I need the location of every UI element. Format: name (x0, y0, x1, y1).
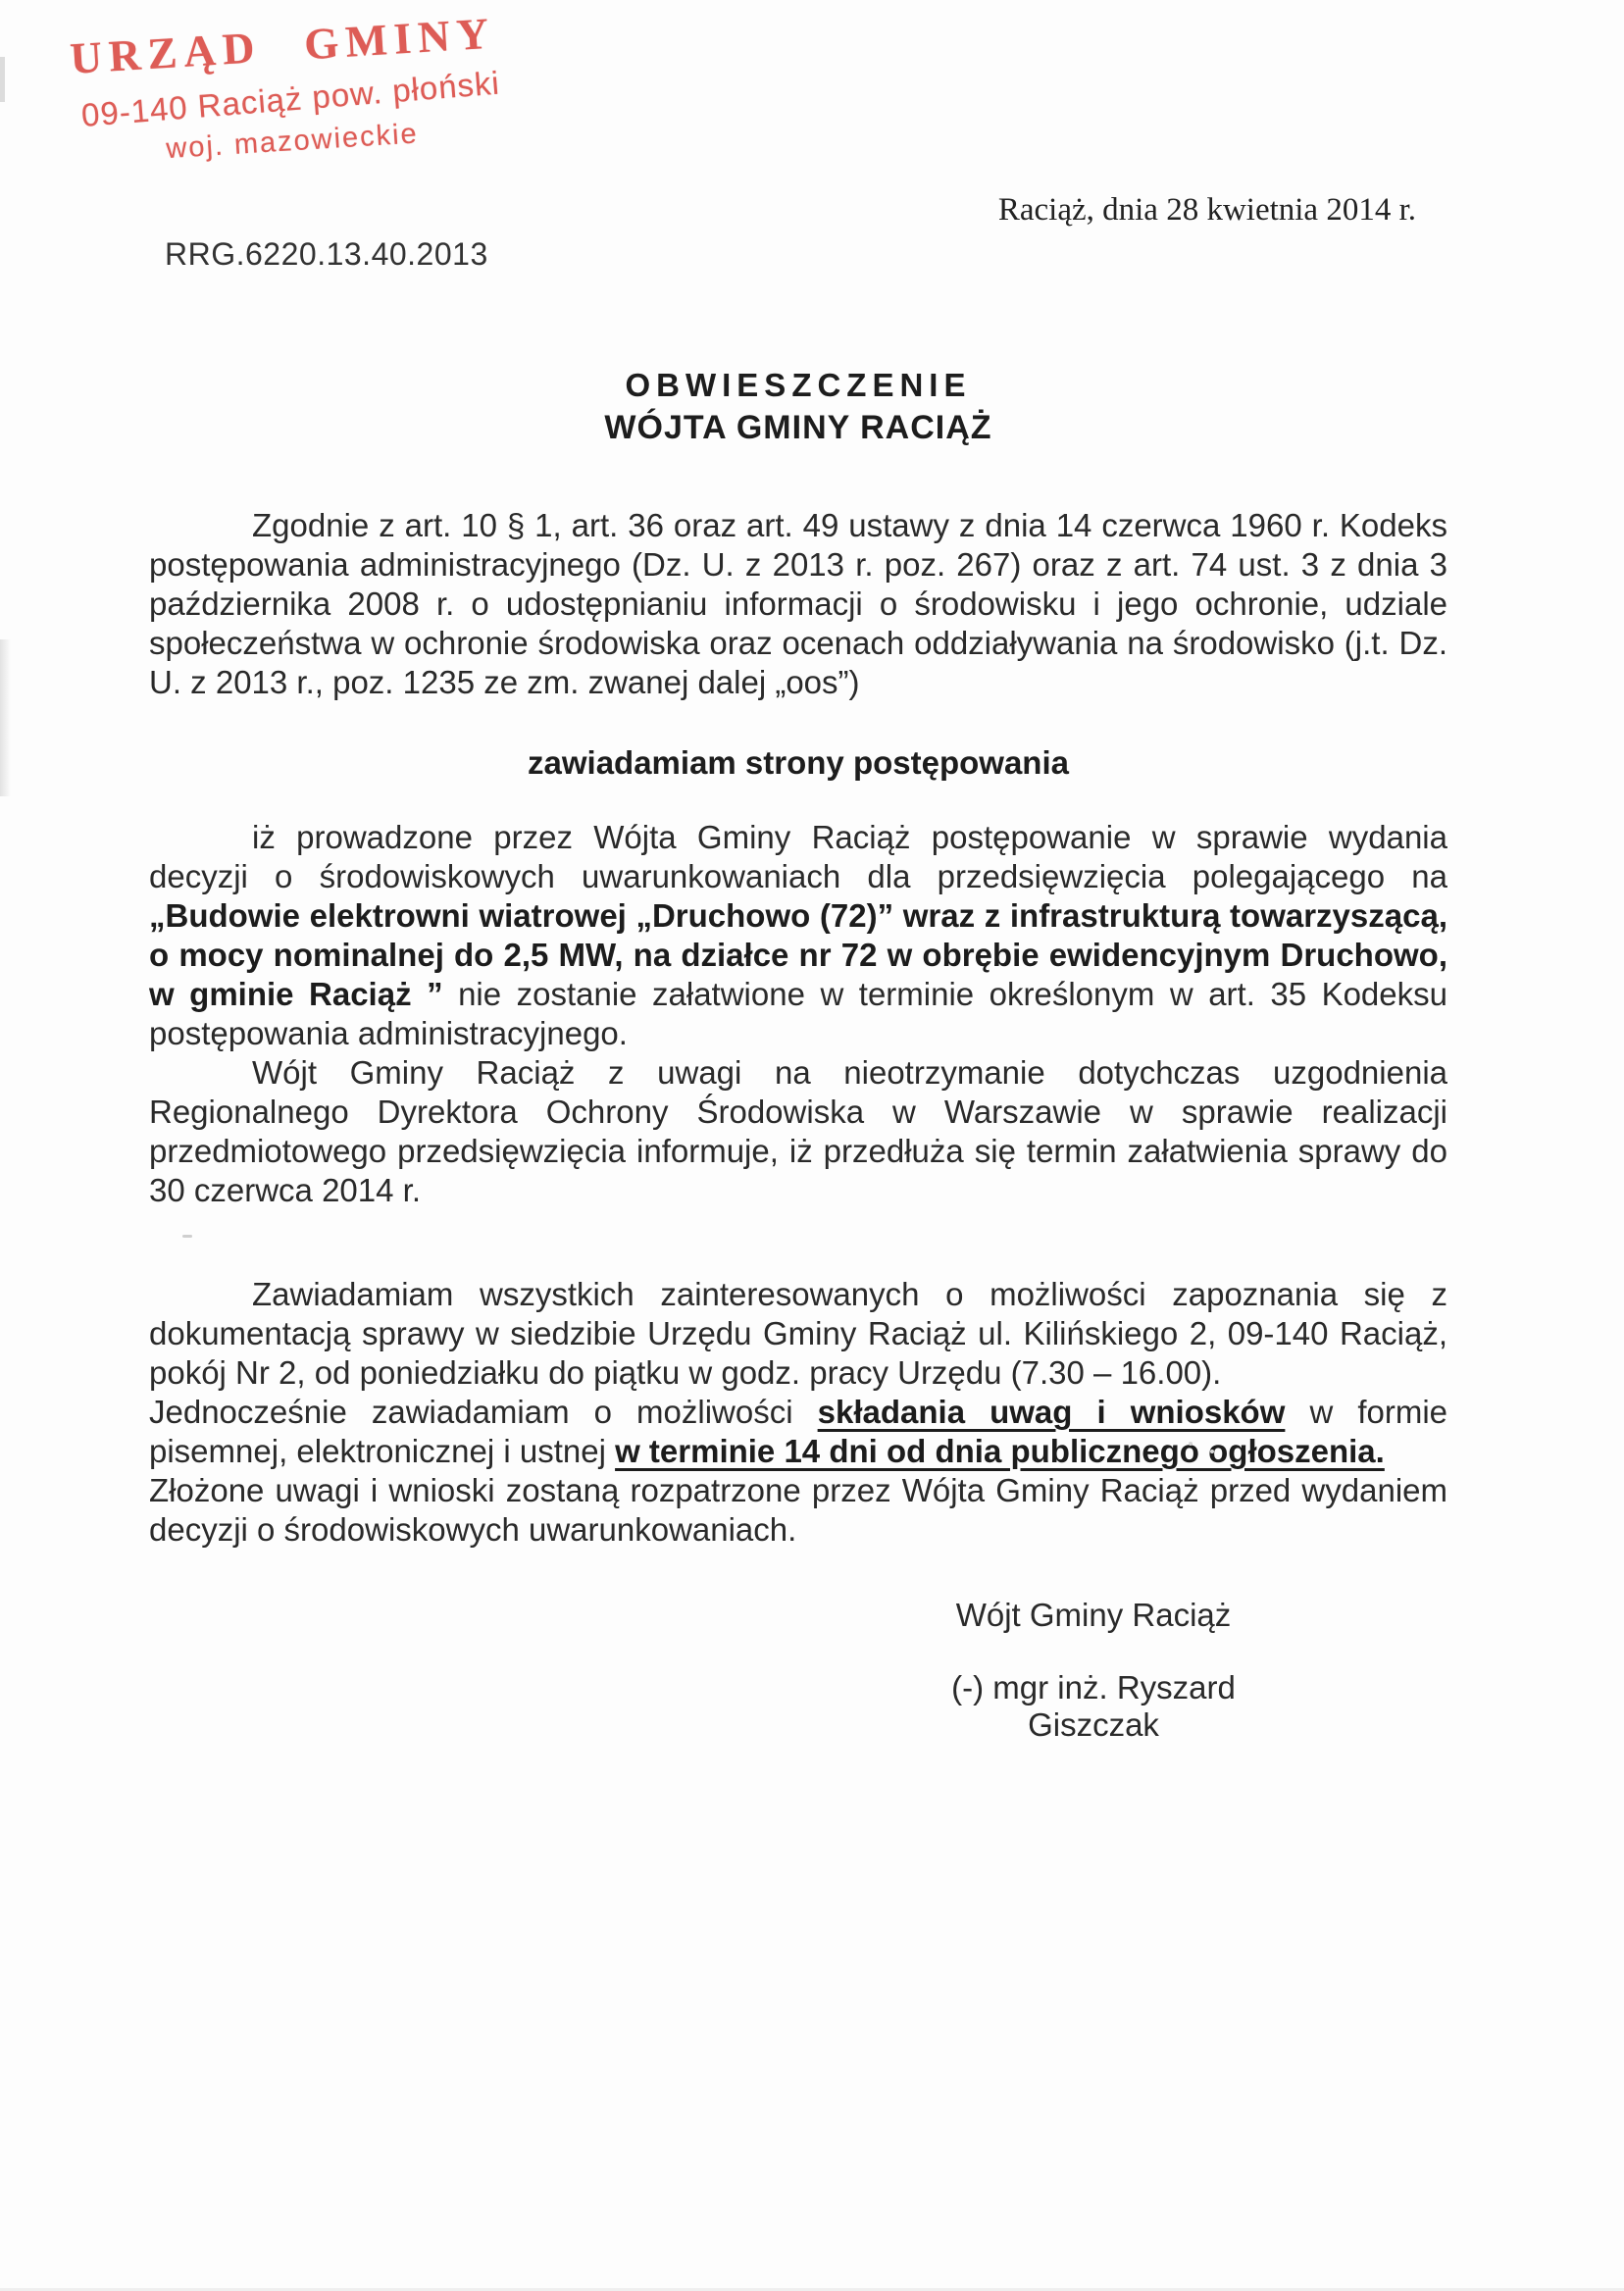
paragraph: Złożone uwagi i wnioski zostaną rozpatrz… (149, 1471, 1447, 1550)
text-run: Wójt Gminy Raciąż z uwagi na nieotrzyman… (149, 1054, 1447, 1208)
scan-artifact (0, 639, 11, 796)
scan-artifact (182, 1235, 192, 1238)
paragraph: Zawiadamiam wszystkich zainteresowanych … (149, 1275, 1447, 1393)
scan-artifact (1189, 1442, 1193, 1446)
text-run: zawiadamiam strony postępowania (528, 744, 1069, 781)
document-title: OBWIESZCZENIE WÓJTA GMINY RACIĄŻ (149, 367, 1447, 447)
body-text: Zgodnie z art. 10 § 1, art. 36 oraz art.… (149, 506, 1447, 1550)
text-run: iż prowadzone przez Wójta Gminy Raciąż p… (149, 819, 1447, 894)
office-stamp: URZĄD GMINY 09-140 Raciąż pow. płoński w… (69, 7, 504, 171)
document-page: URZĄD GMINY 09-140 Raciąż pow. płoński w… (0, 0, 1624, 2291)
title-line2: WÓJTA GMINY RACIĄŻ (149, 409, 1447, 447)
paragraph: Zgodnie z art. 10 § 1, art. 36 oraz art.… (149, 506, 1447, 702)
text-run: w terminie 14 dni od dnia publicznego og… (615, 1433, 1385, 1469)
text-run: składania uwag i wniosków (818, 1394, 1286, 1430)
text-run: Zgodnie z art. 10 § 1, art. 36 oraz art.… (149, 507, 1447, 700)
text-run: Jednocześnie zawiadamiam o możliwości (149, 1394, 818, 1430)
signature-block: Wójt Gminy Raciąż (-) mgr inż. Ryszard G… (883, 1597, 1304, 1744)
paragraph: Wójt Gminy Raciąż z uwagi na nieotrzyman… (149, 1053, 1447, 1210)
section-subheading: zawiadamiam strony postępowania (149, 743, 1447, 783)
place-date: Raciąż, dnia 28 kwietnia 2014 r. (998, 192, 1416, 229)
paragraph: Jednocześnie zawiadamiam o możliwości sk… (149, 1393, 1447, 1471)
title-line1: OBWIESZCZENIE (149, 367, 1447, 404)
text-run: Złożone uwagi i wnioski zostaną rozpatrz… (149, 1472, 1447, 1548)
signature-role: Wójt Gminy Raciąż (883, 1597, 1304, 1634)
reference-number: RRG.6220.13.40.2013 (165, 236, 488, 273)
scan-artifact (0, 57, 5, 102)
signature-name: (-) mgr inż. Ryszard Giszczak (883, 1669, 1304, 1744)
paragraph: iż prowadzone przez Wójta Gminy Raciąż p… (149, 818, 1447, 1053)
text-run: Zawiadamiam wszystkich zainteresowanych … (149, 1276, 1447, 1391)
